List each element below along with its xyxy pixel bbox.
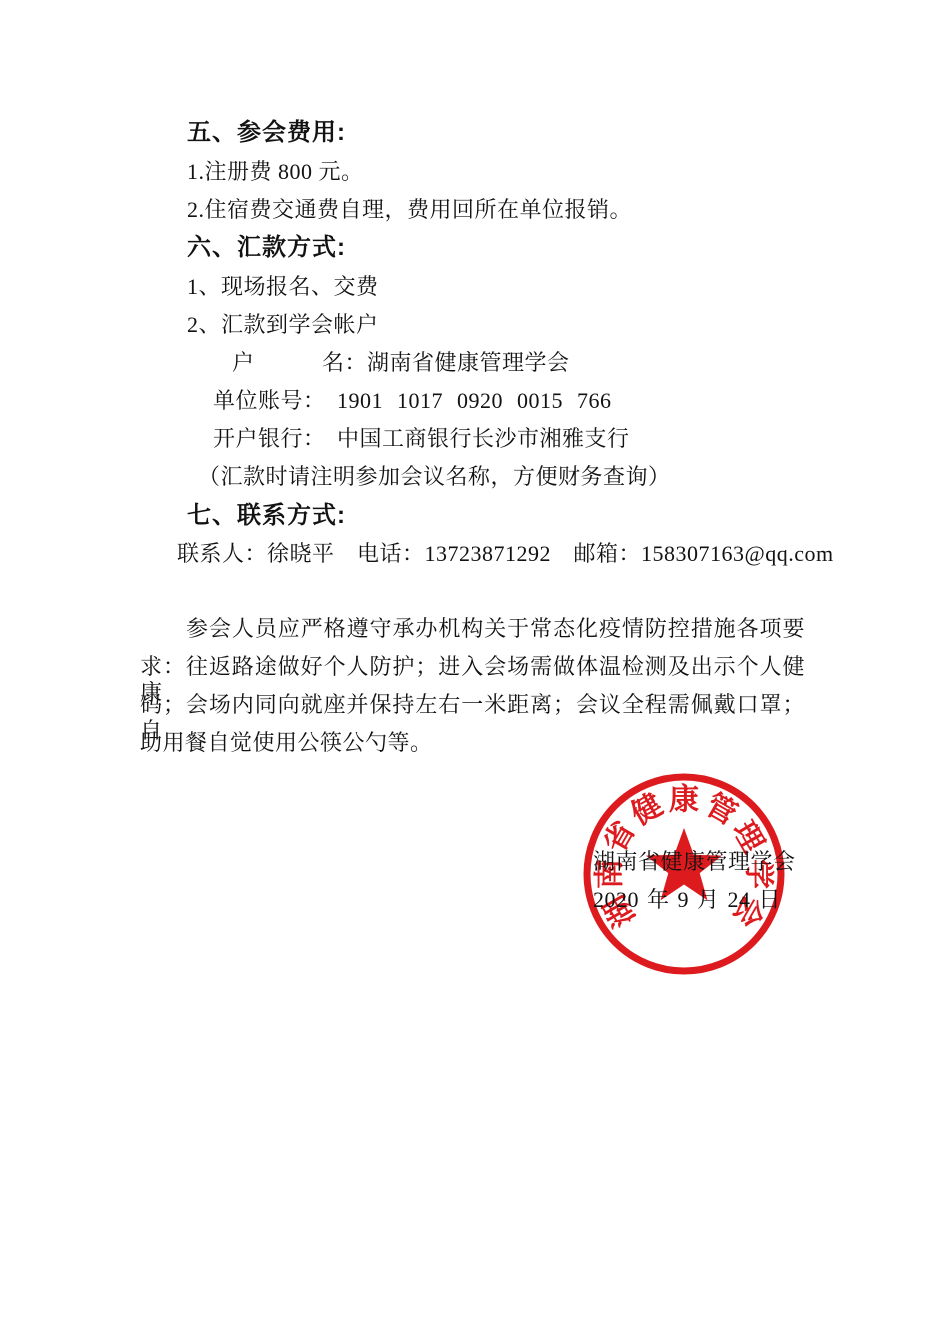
account-name-line: 户 名：湖南省健康管理学会	[232, 350, 570, 376]
signature-org: 湖南省健康管理学会	[593, 849, 796, 875]
remit-item-1: 1、现场报名、交费	[187, 274, 379, 300]
contact-line: 联系人：徐晓平 电话：13723871292 邮箱：158307163@qq.c…	[177, 541, 834, 567]
notice-line: 参会人员应严格遵守承办机构关于常态化疫情防控措施各项要	[140, 616, 805, 642]
notice-line: 助用餐自觉使用公筷公勺等。	[140, 730, 805, 756]
section-heading-fees: 五、参会费用:	[187, 120, 346, 146]
signature-date: 2020 年 9 月 24 日	[593, 887, 781, 913]
remit-item-2: 2、汇款到学会帐户	[187, 312, 379, 338]
fees-item-2: 2.住宿费交通费自理，费用回所在单位报销。	[187, 197, 632, 223]
section-heading-remit: 六、汇款方式:	[187, 235, 346, 261]
remit-note-line: （汇款时请注明参加会议名称，方便财务查询）	[198, 464, 671, 490]
document-page: 五、参会费用: 1.注册费 800 元。 2.住宿费交通费自理，费用回所在单位报…	[0, 0, 945, 1336]
seal-ring-char: 康	[669, 783, 699, 817]
section-heading-contact: 七、联系方式:	[187, 503, 346, 529]
fees-item-1: 1.注册费 800 元。	[187, 159, 364, 185]
bank-line: 开户银行： 中国工商银行长沙市湘雅支行	[213, 426, 630, 452]
account-number-line: 单位账号： 1901 1017 0920 0015 766	[213, 388, 612, 414]
